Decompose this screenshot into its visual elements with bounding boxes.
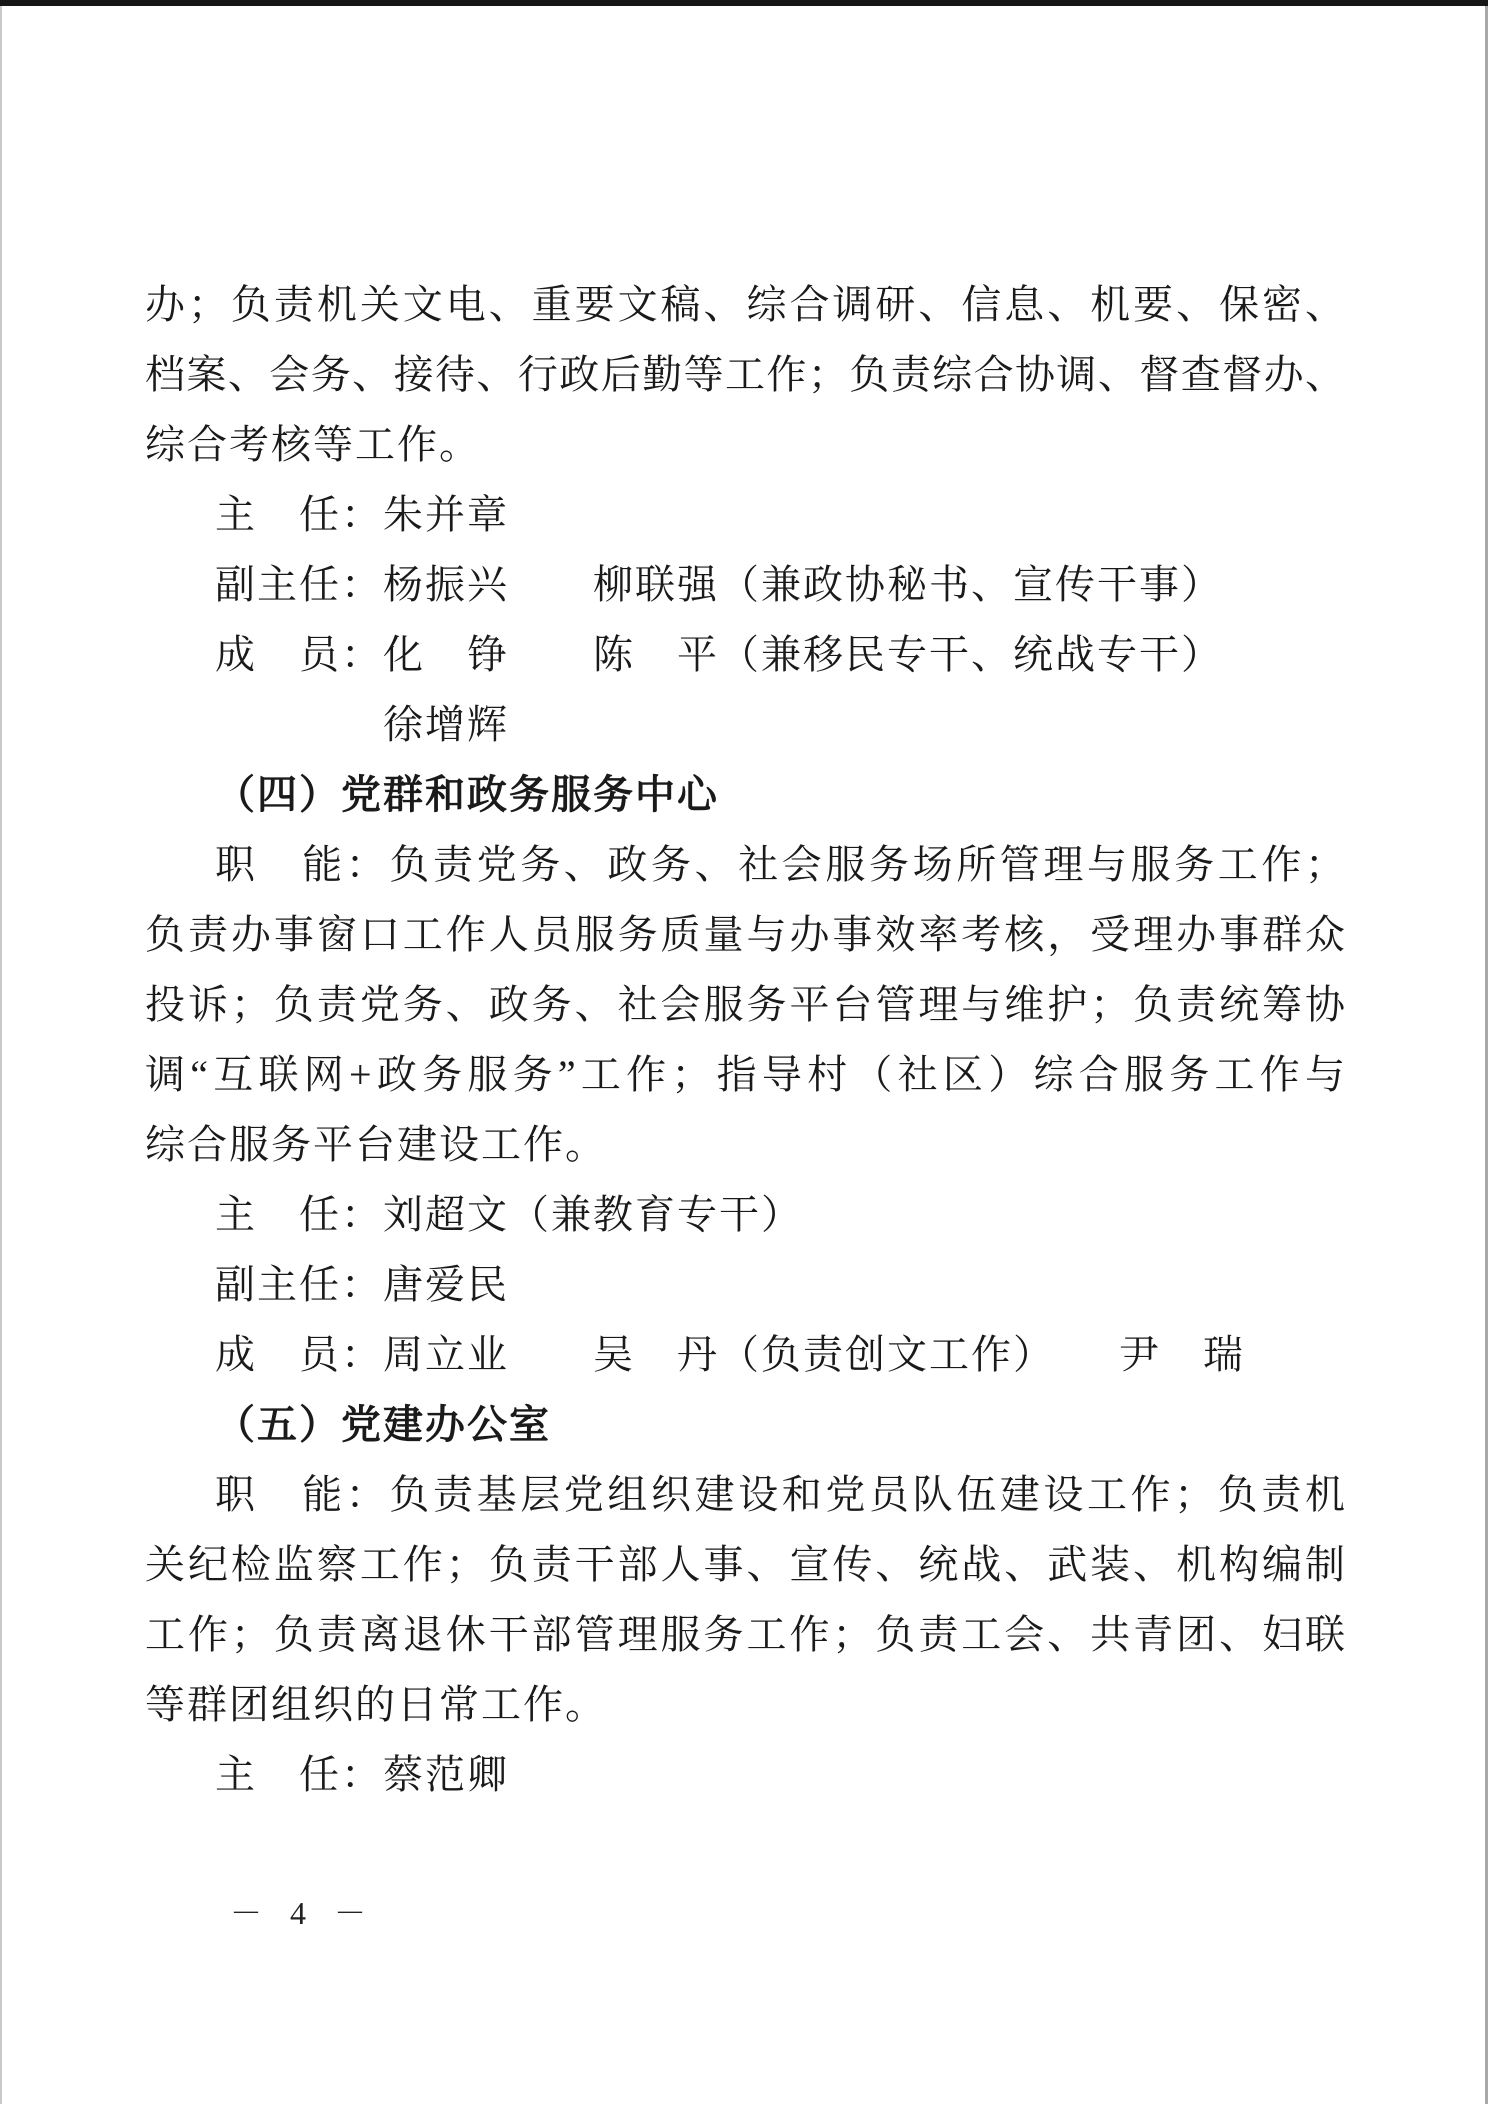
text-line: 成 员：周立业 吴 丹（负责创文工作） 尹 瑞 xyxy=(145,1320,1345,1390)
section-heading: （四）党群和政务服务中心 xyxy=(145,760,1345,830)
text-line: 职 能：负责基层党组织建设和党员队伍建设工作；负责机 xyxy=(145,1460,1345,1530)
scan-artifact-top-edge xyxy=(0,0,1488,6)
text-line: 徐增辉 xyxy=(145,690,1345,760)
text-line: 主 任：朱并章 xyxy=(145,480,1345,550)
text-line: 成 员：化 铮 陈 平（兼移民专干、统战专干） xyxy=(145,620,1345,690)
section-heading: （五）党建办公室 xyxy=(145,1390,1345,1460)
text-line: 主 任：蔡范卿 xyxy=(145,1740,1345,1810)
text-line: 关纪检监察工作；负责干部人事、宣传、统战、武装、机构编制 xyxy=(145,1530,1345,1600)
text-line: 投诉；负责党务、政务、社会服务平台管理与维护；负责统筹协 xyxy=(145,970,1345,1040)
text-line: 副主任：唐爱民 xyxy=(145,1250,1345,1320)
text-line: 办；负责机关文电、重要文稿、综合调研、信息、机要、保密、 xyxy=(145,270,1345,340)
document-body: 办；负责机关文电、重要文稿、综合调研、信息、机要、保密、档案、会务、接待、行政后… xyxy=(145,270,1345,1810)
scan-artifact-left-edge xyxy=(0,6,2,2104)
text-line: 综合服务平台建设工作。 xyxy=(145,1110,1345,1180)
document-page: 办；负责机关文电、重要文稿、综合调研、信息、机要、保密、档案、会务、接待、行政后… xyxy=(0,0,1488,2104)
text-line: 负责办事窗口工作人员服务质量与办事效率考核，受理办事群众 xyxy=(145,900,1345,970)
text-line: 调“互联网+政务服务”工作；指导村（社区）综合服务工作与 xyxy=(145,1040,1345,1110)
text-line: 副主任：杨振兴 柳联强（兼政协秘书、宣传干事） xyxy=(145,550,1345,620)
page-number: － 4 － xyxy=(230,1888,376,1934)
text-line: 等群团组织的日常工作。 xyxy=(145,1670,1345,1740)
text-line: 工作；负责离退休干部管理服务工作；负责工会、共青团、妇联 xyxy=(145,1600,1345,1670)
text-line: 档案、会务、接待、行政后勤等工作；负责综合协调、督查督办、 xyxy=(145,340,1345,410)
text-line: 主 任：刘超文（兼教育专干） xyxy=(145,1180,1345,1250)
text-line: 综合考核等工作。 xyxy=(145,410,1345,480)
text-line: 职 能：负责党务、政务、社会服务场所管理与服务工作； xyxy=(145,830,1345,900)
